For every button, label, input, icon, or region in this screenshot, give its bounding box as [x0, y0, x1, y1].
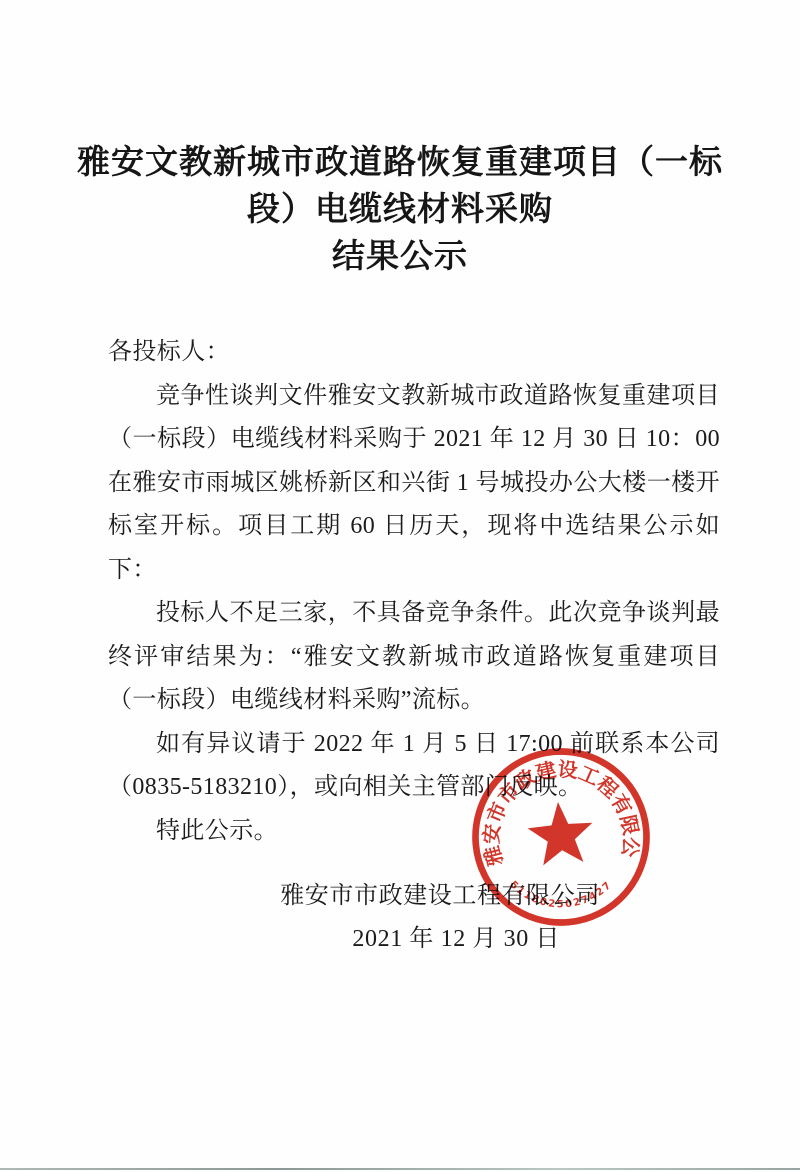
- title-line-3: 结果公示: [55, 232, 745, 279]
- document-body: 各投标人： 竞争性谈判文件雅安文教新城市政道路恢复重建项目（一标段）电缆线材料采…: [108, 331, 720, 961]
- title-line-2: 段）电缆线材料采购: [55, 185, 745, 232]
- salutation: 各投标人：: [108, 331, 720, 375]
- scan-bottom-edge-shadow: [0, 1168, 800, 1170]
- signature-company: 雅安市市政建设工程有限公司: [108, 875, 720, 918]
- title-line-1: 雅安文教新城市政道路恢复重建项目（一标: [55, 138, 745, 185]
- paragraph-closing: 特此公示。: [108, 810, 720, 854]
- signature-date: 2021 年 12 月 30 日: [108, 918, 720, 961]
- scanned-announcement-page: 雅安文教新城市政道路恢复重建项目（一标 段）电缆线材料采购 结果公示 各投标人：…: [0, 0, 800, 1172]
- document-title: 雅安文教新城市政道路恢复重建项目（一标 段）电缆线材料采购 结果公示: [55, 138, 745, 279]
- paragraph-bid-opening: 竞争性谈判文件雅安文教新城市政道路恢复重建项目（一标段）电缆线材料采购于 202…: [108, 375, 720, 593]
- paragraph-objection: 如有异议请于 2022 年 1 月 5 日 17:00 前联系本公司（0835-…: [108, 723, 720, 810]
- paragraph-result: 投标人不足三家，不具备竞争条件。此次竞争谈判最终评审结果为：“雅安文教新城市政道…: [108, 592, 720, 723]
- signature-block: 雅安市市政建设工程有限公司 2021 年 12 月 30 日: [108, 875, 720, 961]
